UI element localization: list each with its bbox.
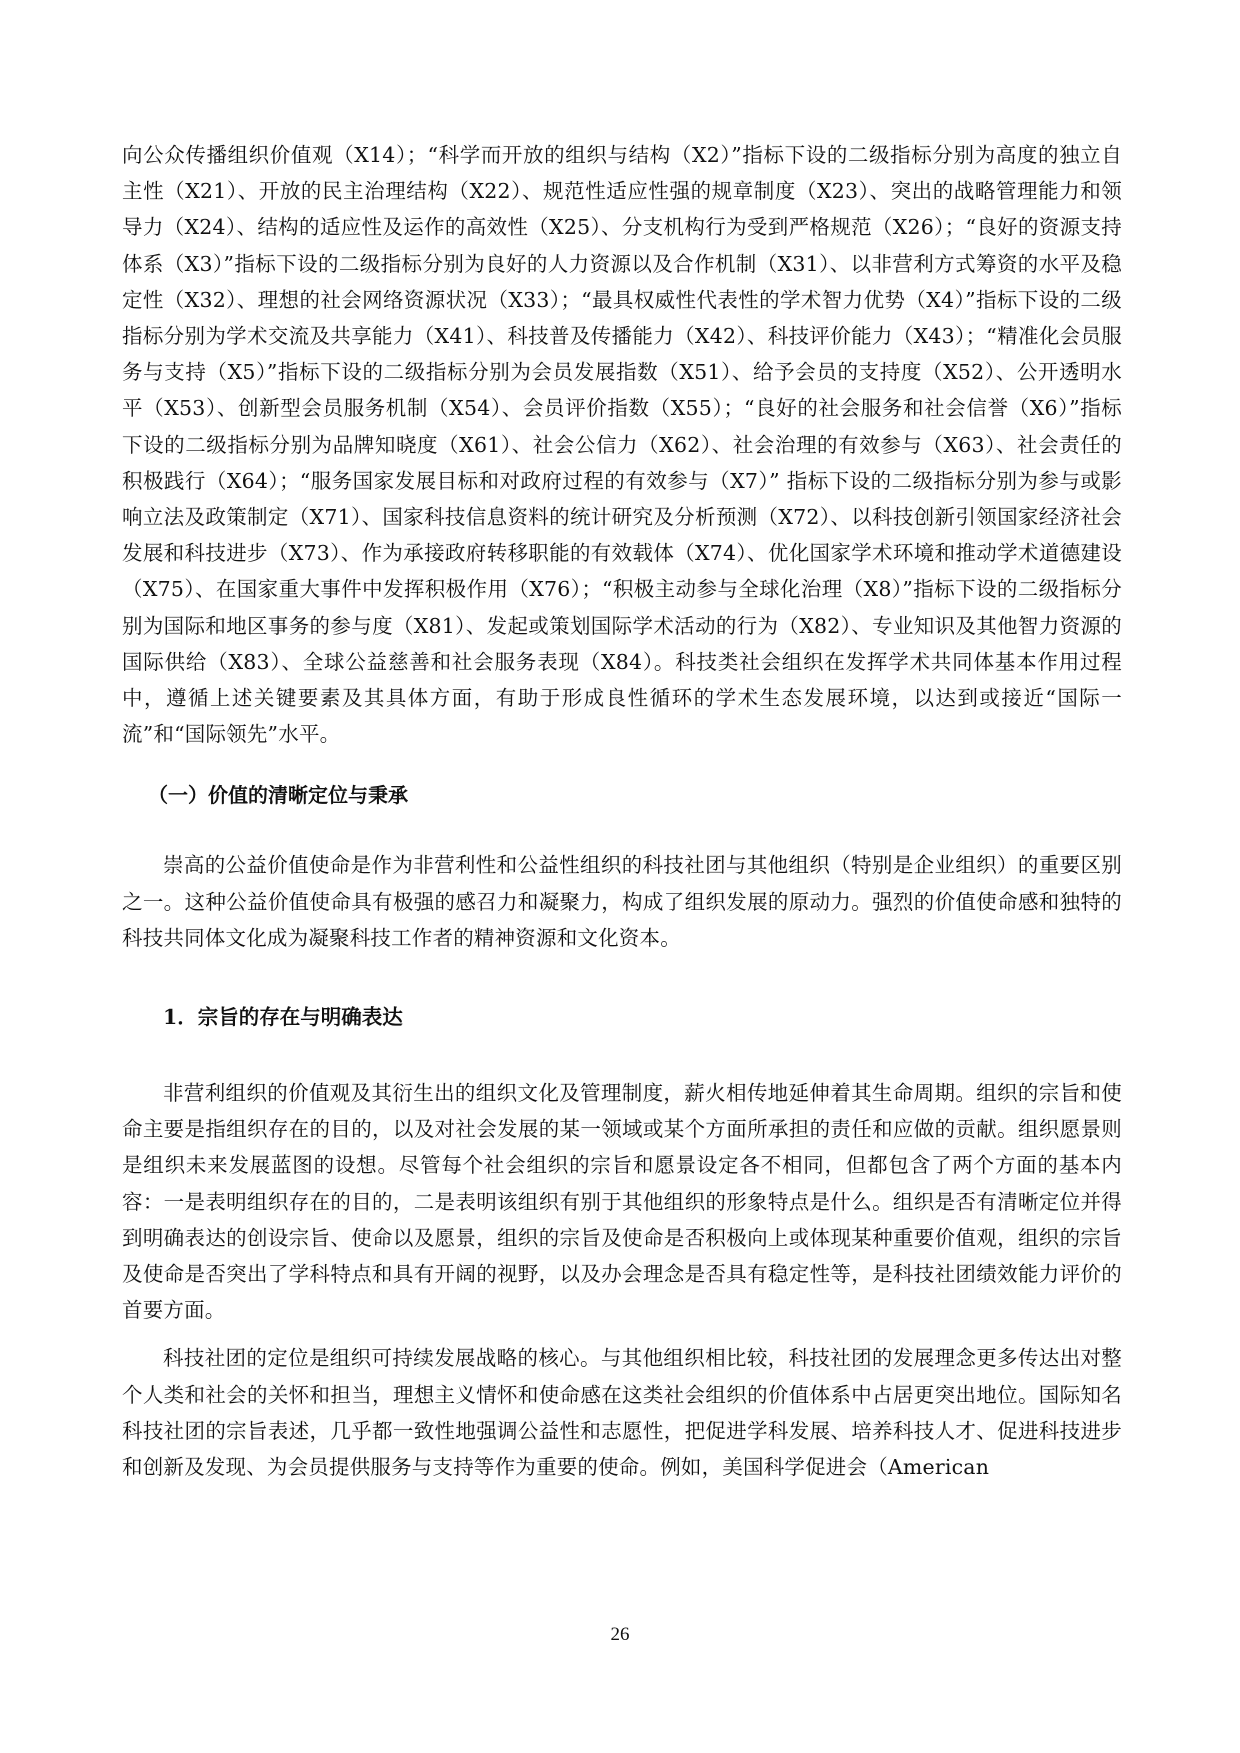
document-page: 向公众传播组织价值观（X14）；“科学而开放的组织与结构（X2）”指标下设的二级… <box>122 137 1122 1485</box>
page-number: 26 <box>0 1624 1240 1646</box>
body-paragraph-mission: 崇高的公益价值使命是作为非营利性和公益性组织的科技社团与其他组织（特别是企业组织… <box>122 847 1122 956</box>
section-heading: （一）价值的清晰定位与秉承 <box>122 777 1122 813</box>
subsection-heading: 1．宗旨的存在与明确表达 <box>122 999 1122 1035</box>
body-paragraph-indicators: 向公众传播组织价值观（X14）；“科学而开放的组织与结构（X2）”指标下设的二级… <box>122 137 1122 752</box>
body-paragraph-purpose: 非营利组织的价值观及其衍生出的组织文化及管理制度，薪火相传地延伸着其生命周期。组… <box>122 1075 1122 1328</box>
body-paragraph-positioning: 科技社团的定位是组织可持续发展战略的核心。与其他组织相比较，科技社团的发展理念更… <box>122 1340 1122 1485</box>
